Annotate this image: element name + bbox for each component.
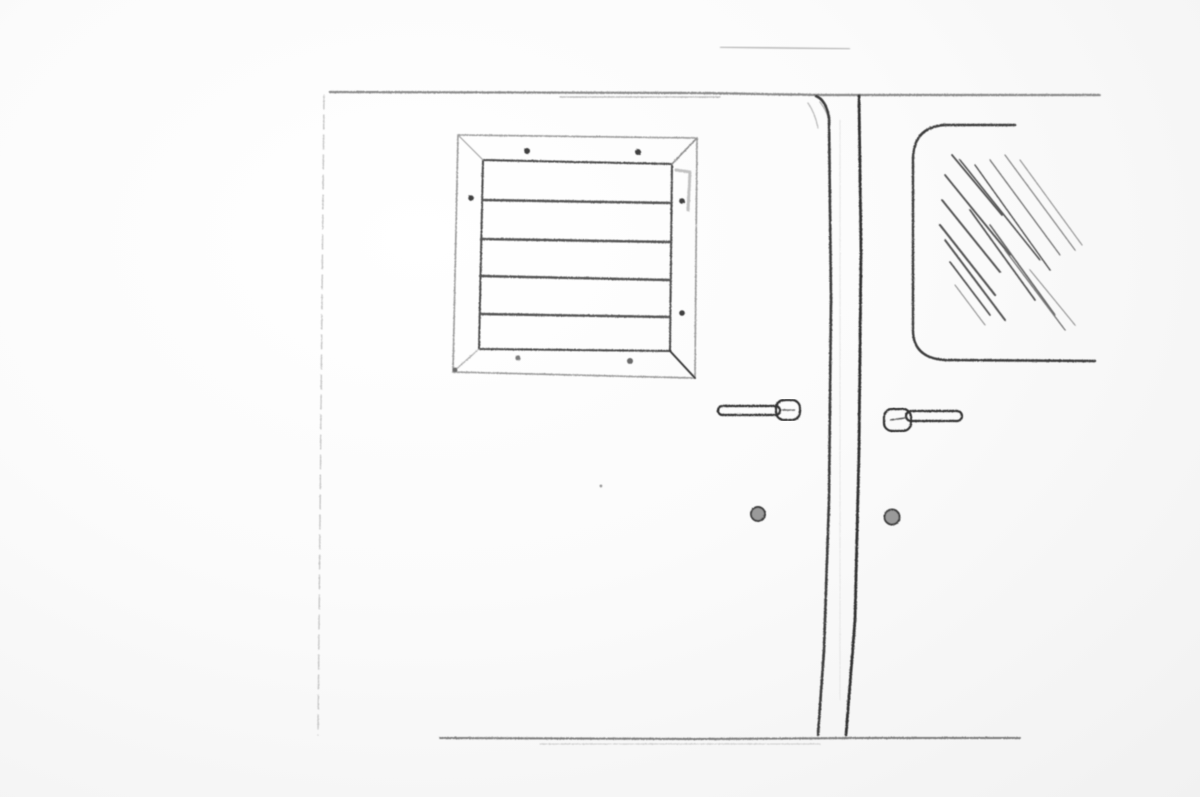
door-handle-right [884,409,962,431]
vent-screws [453,148,685,372]
door-seam [808,96,861,735]
door-handle-left [718,400,800,420]
vent-slats [480,200,671,317]
hatched-window [913,125,1095,361]
louvered-vent [453,135,697,378]
window-hatching [940,155,1082,330]
van-side-sketch [0,0,1200,797]
faint-top-stroke [720,47,850,49]
lock-buttons [600,485,900,525]
pencil-sketch-canvas: Side of a van with sliding double doors [0,0,1200,797]
van-body-outline [318,92,1100,744]
